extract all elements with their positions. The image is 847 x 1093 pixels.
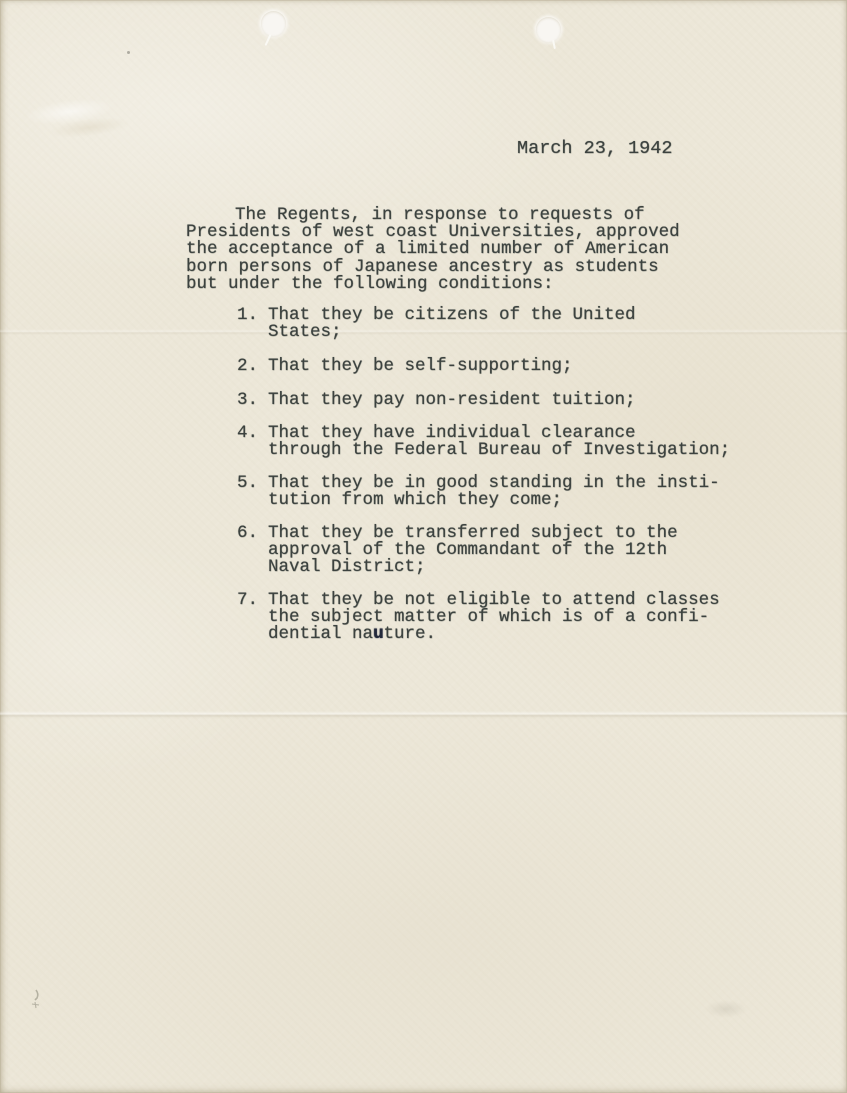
condition-line: That they be self-supporting; — [268, 358, 573, 375]
condition-number: 6. — [237, 525, 258, 542]
overstruck-character: u — [373, 624, 384, 644]
condition-line-pre: dential na — [268, 624, 373, 644]
pencil-mark — [28, 988, 58, 1012]
condition-line: That they pay non-resident tuition; — [268, 392, 636, 409]
condition-line: dential nauture. — [268, 626, 720, 643]
smudge-mark — [700, 998, 752, 1020]
condition-item-6: 6. That they be transferred subject to t… — [237, 525, 678, 577]
condition-number: 3. — [237, 392, 258, 409]
condition-line: Naval District; — [268, 559, 678, 576]
opening-paragraph: The Regents, in response to requests of … — [186, 207, 680, 293]
punch-hole-left-tear — [265, 34, 272, 46]
paper-scuff — [19, 85, 144, 151]
paragraph-line: but under the following conditions: — [186, 276, 680, 293]
condition-item-2: 2. That they be self-supporting; — [237, 358, 573, 375]
scanned-document-page: March 23, 1942 The Regents, in response … — [0, 0, 847, 1093]
condition-number: 4. — [237, 425, 258, 442]
condition-item-7: 7. That they be not eligible to attend c… — [237, 592, 720, 644]
punch-hole-right-tear — [552, 40, 556, 49]
condition-line-post: ture. — [384, 624, 437, 644]
paper-speck — [127, 51, 130, 54]
condition-line: through the Federal Bureau of Investigat… — [268, 442, 730, 459]
condition-item-5: 5. That they be in good standing in the … — [237, 475, 720, 509]
condition-number: 7. — [237, 592, 258, 609]
condition-number: 2. — [237, 358, 258, 375]
condition-line: tution from which they come; — [268, 492, 720, 509]
condition-item-4: 4. That they have individual clearance t… — [237, 425, 730, 459]
condition-number: 1. — [237, 307, 258, 324]
punch-hole-left — [261, 11, 286, 36]
condition-line: States; — [268, 324, 636, 341]
fold-crease — [0, 711, 847, 719]
condition-number: 5. — [237, 475, 258, 492]
punch-hole-right — [536, 17, 561, 42]
typed-date: March 23, 1942 — [517, 139, 672, 159]
condition-item-1: 1. That they be citizens of the United S… — [237, 307, 636, 341]
condition-item-3: 3. That they pay non-resident tuition; — [237, 392, 636, 409]
